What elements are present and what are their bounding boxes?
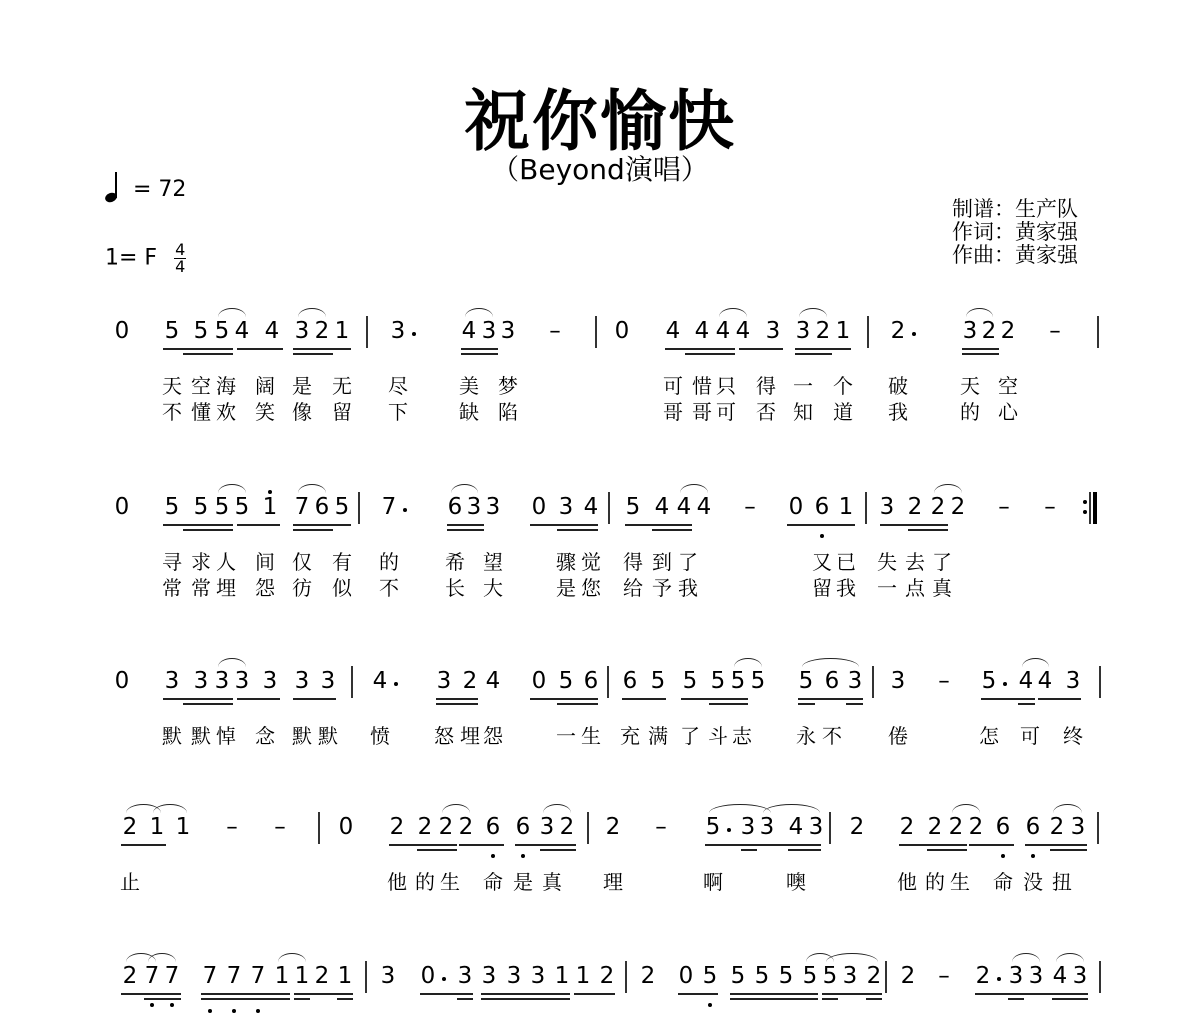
tie-arc [298,484,326,493]
note-digit: 4 [677,494,692,520]
barline [1097,316,1099,348]
note-digit: 3 [235,668,250,694]
lyric-char: 扭 [1052,866,1072,895]
note-digit: 3 [559,494,574,520]
lyric-char: 长 [445,572,465,601]
beam-underline [557,529,598,531]
barline [865,492,867,524]
beam-underline [183,529,233,531]
note-digit: 3 [891,668,906,694]
lyric-char: 点 [905,572,925,601]
lyric-char: 不 [162,396,182,425]
beam-underline [741,849,757,851]
note-digit: 3 [880,494,895,520]
tempo-value: = 72 [133,177,186,202]
note-digit: 6 [815,494,830,520]
sustain-dash: – [655,814,667,840]
note-digit: 0 [421,963,436,989]
note-digit: 0 [115,668,130,694]
note-digit: 3 [1066,668,1081,694]
barline [1097,812,1099,844]
note-digit: 2 [900,814,915,840]
tie-arc [734,658,762,667]
note-digit: 3 [760,814,775,840]
note-digit: 3 [215,668,230,694]
note-digit: 4 [584,494,599,520]
note-digit: 5 [823,963,838,989]
note-digit: 4 [1053,963,1068,989]
octave-down-dot [491,854,495,858]
lyric-char: 笑 [255,396,275,425]
note-digit: 2 [1001,318,1016,344]
tie-arc [934,484,962,493]
lyric-char: 美 [459,370,479,399]
octave-down-dot [1001,854,1005,858]
lyric-char: 像 [292,396,312,425]
lyric-char: 惜 [692,370,712,399]
note-digit: 3 [741,814,756,840]
beam-underline [798,698,863,700]
lyric-char: 命 [483,866,503,895]
note-digit: 5 [165,318,180,344]
barline [366,316,368,348]
repeat-thick-line [1093,492,1097,524]
note-digit: 4 [462,318,477,344]
tie-arc [442,804,470,813]
note-digit: 5 [711,668,726,694]
lyric-char: 志 [732,720,752,749]
lyric-char: 怨 [255,572,275,601]
augmentation-dot [442,977,446,981]
tie-arc [719,308,747,317]
note-digit: 5 [706,814,721,840]
beam-underline [436,703,478,705]
lyric-char: 怨 [483,720,503,749]
note-digit: 5 [731,668,746,694]
lyric-char: 道 [833,396,853,425]
beam-underline [795,353,832,355]
beam-underline [1052,998,1088,1000]
beam-underline [622,698,666,700]
note-digit: 3 [1009,963,1024,989]
note-digit: 4 [666,318,681,344]
octave-down-dot [820,534,824,538]
lyric-char: 哥 [692,396,712,425]
tie-arc [218,658,246,667]
lyric-char: 斗 [708,720,728,749]
octave-down-dot [1031,854,1035,858]
note-digit: 5 [683,668,698,694]
barline [358,492,360,524]
beam-underline [927,849,967,851]
note-digit: 3 [391,318,406,344]
beam-underline [183,703,233,705]
lyric-char: 了 [678,546,698,575]
beam-underline [461,353,498,355]
lyric-char: 留 [332,396,352,425]
note-digit: 3 [540,814,555,840]
lyric-char: 欢 [216,396,236,425]
augmentation-dot [403,508,407,512]
lyric-char: 悼 [216,720,236,749]
note-digit: 5 [651,668,666,694]
note-digit: 2 [949,814,964,840]
tie-arc [680,484,708,493]
note-digit: 3 [1073,963,1088,989]
credits: 制谱：生产队 作词：黄家强 作曲：黄家强 [952,198,1078,267]
lyric-char: 希 [445,546,465,575]
beam-underline [962,348,999,350]
lyric-char: 生 [440,866,460,895]
note-digit: 6 [486,814,501,840]
note-digit: 3 [1029,963,1044,989]
beam-underline [530,698,598,700]
sustain-dash: – [1049,318,1061,344]
note-digit: 4 [235,318,250,344]
note-digit: 1 [836,318,851,344]
lyric-char: 我 [888,396,908,425]
lyric-char: 人 [216,546,236,575]
tie-arc [799,308,827,317]
note-digit: 2 [901,963,916,989]
note-digit: 0 [679,963,694,989]
note-digit: 3 [501,318,516,344]
beam-underline [705,844,821,846]
lyric-char: 可 [663,370,683,399]
beam-underline [447,529,484,531]
beam-underline [530,524,598,526]
note-digit: 2 [600,963,615,989]
note-digit: 3 [486,494,501,520]
lyric-char: 您 [581,572,601,601]
note-digit: 6 [1026,814,1041,840]
beam-underline [795,348,851,350]
credit-arranger: 制谱：生产队 [952,198,1078,221]
credit-composer: 作曲：黄家强 [952,244,1078,267]
lyric-char: 无 [332,370,352,399]
lyric-char: 的 [960,396,980,425]
tie-arc [1053,804,1082,813]
note-digit: 1 [338,963,353,989]
octave-down-dot [208,1009,212,1013]
lyric-char: 寻 [162,546,182,575]
sustain-dash: – [1044,494,1056,520]
beam-underline [540,849,576,851]
octave-down-dot [170,1003,174,1007]
lyric-char: 不 [379,572,399,601]
beam-underline [1025,844,1087,846]
repeat-thin-line [1089,492,1091,524]
tie-arc [218,308,246,317]
lyric-char: 是 [513,866,533,895]
lyric-char: 又 [812,546,832,575]
augmentation-dot [394,682,398,686]
lyric-char: 生 [950,866,970,895]
lyric-char: 陷 [498,396,518,425]
note-digit: 2 [976,963,991,989]
lyric-char: 只 [716,370,736,399]
beam-underline [625,524,692,526]
quarter-note-icon [105,172,119,202]
barline [867,316,869,348]
barline [318,812,320,844]
note-digit: 1 [839,494,854,520]
beam-underline [1050,849,1087,851]
note-digit: 4 [695,318,710,344]
note-digit: 5 [626,494,641,520]
lyric-char: 留 [812,572,832,601]
note-digit: 7 [145,963,160,989]
note-digit: 2 [850,814,865,840]
beam-underline [739,348,783,350]
barline [595,316,597,348]
beam-underline [201,993,290,995]
note-digit: 5 [335,494,350,520]
beam-underline [798,703,815,705]
lyric-char: 真 [932,572,952,601]
barline [587,812,589,844]
lyric-char: 是 [292,370,312,399]
beam-underline [144,998,181,1000]
lyric-char: 哥 [663,396,683,425]
note-digit: 4 [1038,668,1053,694]
sustain-dash: – [938,963,950,989]
beam-underline [293,524,351,526]
note-digit: 4 [789,814,804,840]
beam-underline [846,703,863,705]
lyric-char: 生 [581,720,601,749]
note-digit: 3 [295,318,310,344]
lyric-char: 的 [925,866,945,895]
lyric-char: 命 [993,866,1013,895]
beam-underline [880,524,948,526]
augmentation-dot [1003,682,1007,686]
lyric-char: 梦 [498,370,518,399]
note-digit: 4 [373,668,388,694]
beam-underline [1038,698,1081,700]
barline [1099,961,1101,993]
lyric-char: 有 [332,546,352,575]
barline [351,666,353,698]
tie-arc [763,804,820,813]
lyric-char: 可 [716,396,736,425]
tie-arc [802,658,859,667]
beam-underline [481,993,570,995]
time-signature: 4 4 [174,242,186,275]
lyric-char: 间 [255,546,275,575]
lyric-char: 已 [836,546,856,575]
note-digit: 1 [176,814,191,840]
note-digit: 3 [194,668,209,694]
beam-underline [481,998,570,1000]
note-digit: 5 [194,318,209,344]
note-digit: 0 [615,318,630,344]
beam-underline [237,524,280,526]
beam-underline [1018,703,1035,705]
time-signature-denominator: 4 [174,259,186,275]
note-digit: 2 [560,814,575,840]
tie-arc [278,953,306,962]
lyric-char: 怒 [434,720,454,749]
lyric-char: 否 [756,396,776,425]
lyric-char: 望 [483,546,503,575]
note-digit: 3 [381,963,396,989]
lyric-char: 了 [932,546,952,575]
note-digit: 5 [779,963,794,989]
lyric-char: 骤 [556,546,576,575]
note-digit: 1 [576,963,591,989]
note-digit: 3 [848,668,863,694]
note-digit: 5 [559,668,574,694]
beam-underline [681,698,748,700]
barline [1099,666,1101,698]
note-digit: 3 [482,318,497,344]
note-digit: 4 [716,318,731,344]
note-digit: 0 [532,668,547,694]
lyric-char: 一 [556,720,576,749]
lyric-char: 知 [793,396,813,425]
note-digit: 5 [803,963,818,989]
sustain-dash: – [938,668,950,694]
tie-arc [826,953,878,962]
lyric-char: 一 [793,370,813,399]
note-digit: 2 [463,668,478,694]
note-digit: 6 [516,814,531,840]
beam-underline [975,993,1088,995]
lyric-char: 默 [318,720,338,749]
beam-underline [557,703,598,705]
note-digit: 2 [315,963,330,989]
note-digit: 3 [437,668,452,694]
barline [885,961,887,993]
note-digit: 6 [996,814,1011,840]
note-digit: 5 [194,494,209,520]
note-digit: 3 [295,668,310,694]
note-digit: 2 [390,814,405,840]
lyric-char: 下 [388,396,408,425]
lyric-char: 去 [905,546,925,575]
note-digit: 4 [655,494,670,520]
note-digit: 2 [891,318,906,344]
lyric-char: 空 [191,370,211,399]
note-digit: 6 [584,668,599,694]
note-digit: 7 [203,963,218,989]
note-digit: 0 [115,318,130,344]
beam-underline [420,993,473,995]
beam-underline [447,524,484,526]
note-digit: 5 [235,494,250,520]
lyric-char: 永 [796,720,816,749]
beam-underline [183,353,233,355]
note-digit: 2 [418,814,433,840]
tie-arc [298,308,326,317]
note-digit: 2 [969,814,984,840]
note-digit: 5 [165,494,180,520]
lyric-char: 天 [162,370,182,399]
lyric-char: 彷 [292,572,312,601]
note-digit: 2 [123,814,138,840]
note-digit: 3 [963,318,978,344]
lyric-char: 破 [888,370,908,399]
note-digit: 1 [295,963,310,989]
lyric-char: 理 [603,866,623,895]
lyric-char: 愤 [370,720,390,749]
lyric-char: 满 [648,720,668,749]
octave-down-dot [521,854,525,858]
tie-arc [966,308,993,317]
note-digit: 3 [321,668,336,694]
note-digit: 3 [1071,814,1086,840]
note-digit: 4 [265,318,280,344]
beam-underline [866,998,882,1000]
note-digit: 3 [458,963,473,989]
lyric-char: 常 [191,572,211,601]
beam-underline [574,993,615,995]
key-text: 1= F [105,246,157,271]
lyric-char: 予 [652,572,672,601]
sustain-dash: – [998,494,1010,520]
note-digit: 2 [931,494,946,520]
octave-up-dot [268,490,272,494]
beam-underline [787,524,855,526]
key-signature: 1= F 4 4 [105,242,186,275]
augmentation-dot [412,332,416,336]
sustain-dash: – [744,494,756,520]
lyric-char: 仅 [292,546,312,575]
beam-underline [1008,998,1024,1000]
lyric-char: 没 [1023,866,1043,895]
note-digit: 2 [606,814,621,840]
lyric-char: 可 [1020,720,1040,749]
tie-arc [709,804,771,813]
lyric-char: 充 [620,720,640,749]
tie-arc [1056,953,1084,962]
note-digit: 4 [697,494,712,520]
note-digit: 3 [263,668,278,694]
lyric-char: 念 [255,720,275,749]
lyric-char: 觉 [581,546,601,575]
lyric-char: 倦 [888,720,908,749]
beam-underline [293,353,333,355]
beam-underline [788,849,821,851]
lyric-char: 埋 [216,572,236,601]
note-digit: 2 [867,963,882,989]
beam-underline [685,353,735,355]
note-digit: 2 [123,963,138,989]
tie-arc [465,308,493,317]
note-digit: 6 [825,668,840,694]
lyric-char: 噢 [786,866,806,895]
lyric-char: 终 [1063,720,1083,749]
note-digit: 4 [736,318,751,344]
tempo-marking: = 72 [105,172,186,202]
repeat-dot [1083,510,1087,514]
barline [872,666,874,698]
note-digit: 2 [928,814,943,840]
lyric-char: 他 [897,866,917,895]
beam-underline [121,844,166,846]
octave-down-dot [150,1003,154,1007]
lyric-char: 我 [678,572,698,601]
note-digit: 1 [150,814,165,840]
beam-underline [969,844,1014,846]
note-digit: 5 [215,494,230,520]
note-digit: 1 [555,963,570,989]
note-digit: 4 [486,668,501,694]
note-digit: 1 [263,494,278,520]
lyric-char: 埋 [460,720,480,749]
beam-underline [237,698,280,700]
